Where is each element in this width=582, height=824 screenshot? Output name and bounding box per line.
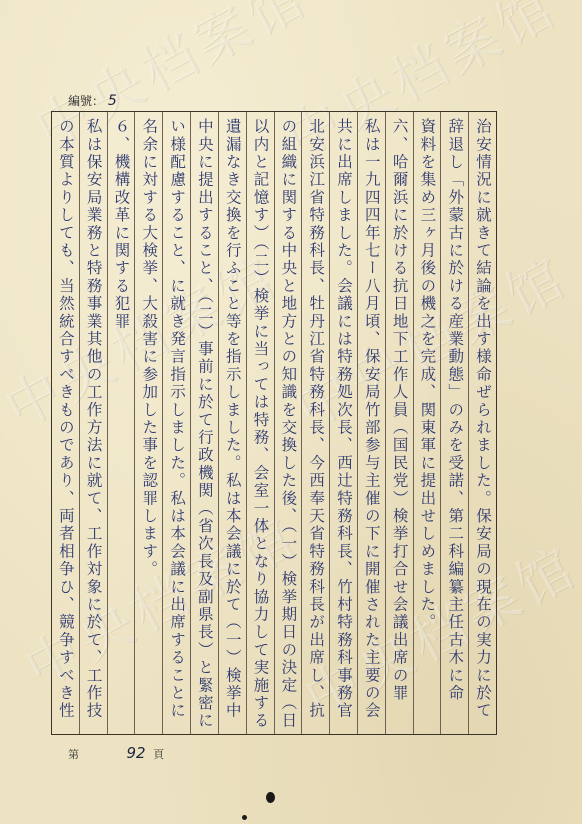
serial-number-label: 編號： 5 bbox=[68, 92, 117, 109]
text-column: 中央に提出すること、（二）事前に於て行政機関（省次長及副県長）と緊密に連絡し、民… bbox=[190, 112, 218, 734]
page-suffix: 頁 bbox=[153, 748, 164, 761]
text-column: 辞退し「外蒙古に於ける産業動態」のみを受諾、第二科編纂主任古木に命じ、関東軍・保… bbox=[440, 112, 468, 734]
text-column: 名余に対する大検挙、大殺害に参加した事を認罪します。 bbox=[134, 112, 162, 734]
manuscript-grid: 治安情況に就きて結論を出す様命ぜられました。保安局の現在の実力に於ては任務遂重な… bbox=[51, 111, 497, 735]
text-column: 資料を集め三ヶ月後の機之を完成、関東軍に提出せしめました。 bbox=[413, 112, 441, 734]
text-column: 私は保安局業務と特務事業其他の工作方法に就て、工作対象に於て、工作技術に於ても、… bbox=[79, 112, 107, 734]
text-column: 治安情況に就きて結論を出す様命ぜられました。保安局の現在の実力に於ては任務遂重な… bbox=[468, 112, 496, 734]
text-column: の組織に関する中央と地方との知識を交換した後、（一）検挙期日の決定（日時は失念せ… bbox=[274, 112, 302, 734]
ink-spot bbox=[266, 792, 275, 803]
ink-spot bbox=[242, 815, 247, 820]
text-column: の本質よりしても、当然統合すべきものであり、両者相争ひ、競争すべき性質のものに非… bbox=[52, 112, 79, 734]
text-column: 遺漏なき交換を行ふこと等を指示しました。私は本会議に於て（一）検挙中は常に民心の… bbox=[218, 112, 246, 734]
text-column: い様配慮すること、に就き発言指示しました。私は本会議に出席することにより抗日地下… bbox=[162, 112, 190, 734]
page-number-footer: 第 92 頁 bbox=[68, 744, 164, 762]
text-column: 私は一九四四年七ー八月頃、保安局竹部参与主催の下に開催された主要の会議に、中村第… bbox=[357, 112, 385, 734]
text-column: 共に出席しました。会議には特務処次長、西辻特務科長、竹村特務科事務官も参加し、省… bbox=[329, 112, 357, 734]
text-column: 北安浜江省特務科長、牡丹江省特務科長、今西奉天省特務科長が出席し、抗日地下工作人… bbox=[301, 112, 329, 734]
serial-number-value: 5 bbox=[108, 93, 117, 109]
text-column: ６、機構改革に関する犯罪 bbox=[107, 112, 135, 734]
page-prefix: 第 bbox=[68, 748, 79, 761]
text-column: 以内と記憶す）（二）検挙に当っては特務、会室一体となり協力して実施すること、（三… bbox=[246, 112, 274, 734]
text-column: 六、哈爾浜に於ける抗日地下工作人員（国民党）検挙打合せ会議出席の罪 bbox=[385, 112, 413, 734]
serial-number-caption: 編號： bbox=[68, 94, 104, 108]
page-number: 92 bbox=[127, 744, 146, 762]
